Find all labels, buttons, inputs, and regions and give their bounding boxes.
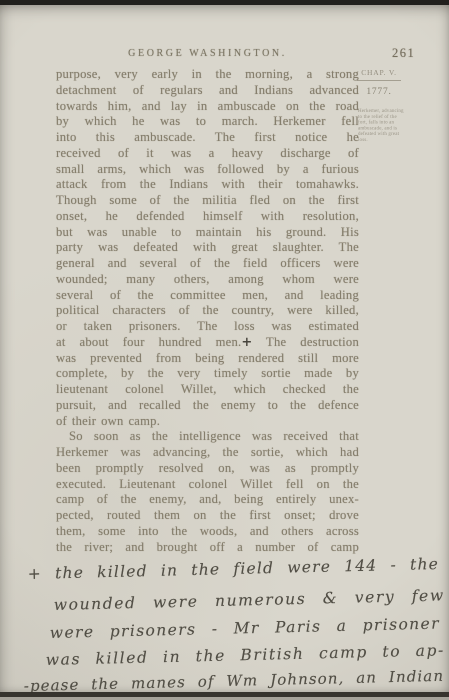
text-line: small arms, which was followed by a furi… [56,162,359,178]
text-line: party was defeated with great slaughter.… [56,240,359,256]
text-line: been promptly resolved on, was as prompt… [56,461,359,477]
handwritten-note: + the killed in the field were 144 - the… [0,5,449,150]
handwritten-line: were prisoners - Mr Paris a prisoner [50,614,441,642]
book-page: GEORGE WASHINGTON. 261 CHAP. V. 1777. He… [0,5,449,692]
handwritten-line: was killed in the British camp to ap- [46,641,446,669]
text-line: or taken prisoners. The loss was estimat… [56,319,359,335]
handwritten-line: + the killed in the field were 144 - the [28,555,440,583]
top-border [0,0,449,5]
text-line: the river; and brought off a number of c… [56,540,359,556]
inline-plus-annotation: + [241,335,252,350]
text-line: several of the committee men, and leadin… [56,288,359,304]
text-line: but was unable to maintain his ground. H… [56,225,359,241]
text-fragment: The destruction [266,335,359,349]
text-line: executed. Lieutenant colonel Willet fell… [56,477,359,493]
text-line: them, some into the woods, and others ac… [56,524,359,540]
text-line: pected, routed them on the first onset; … [56,508,359,524]
text-line: lieutenant colonel Willet, which checked… [56,382,359,398]
text-line: camp of the enemy, and, being entirely u… [56,492,359,508]
text-line: onset, he defended himself with resoluti… [56,209,359,225]
text-line: was prevented from being rendered still … [56,351,359,367]
text-line: attack from the Indians with their tomah… [56,177,359,193]
text-line-with-annotation: at about four hundred men.+ The destruct… [56,335,359,351]
text-fragment: at about four hundred men. [56,335,241,349]
text-line: Herkemer was advancing, the sortie, whic… [56,445,359,461]
handwritten-line: -pease the manes of Wm Johnson, an India… [24,667,445,695]
book-scan-photo: GEORGE WASHINGTON. 261 CHAP. V. 1777. He… [0,0,449,700]
text-line: complete, by the very timely sortie made… [56,366,359,382]
text-line: pursuit, and recalled the enemy to the d… [56,398,359,414]
text-line: of their own camp. [56,414,359,430]
text-line: wounded; many others, among whom were [56,272,359,288]
text-line: Though some of the militia fled on the f… [56,193,359,209]
text-line: So soon as the intelligence was received… [56,429,359,445]
text-line: political characters of the country, wer… [56,303,359,319]
text-line: general and several of the field officer… [56,256,359,272]
handwritten-line: wounded were numerous & very few [54,586,445,614]
